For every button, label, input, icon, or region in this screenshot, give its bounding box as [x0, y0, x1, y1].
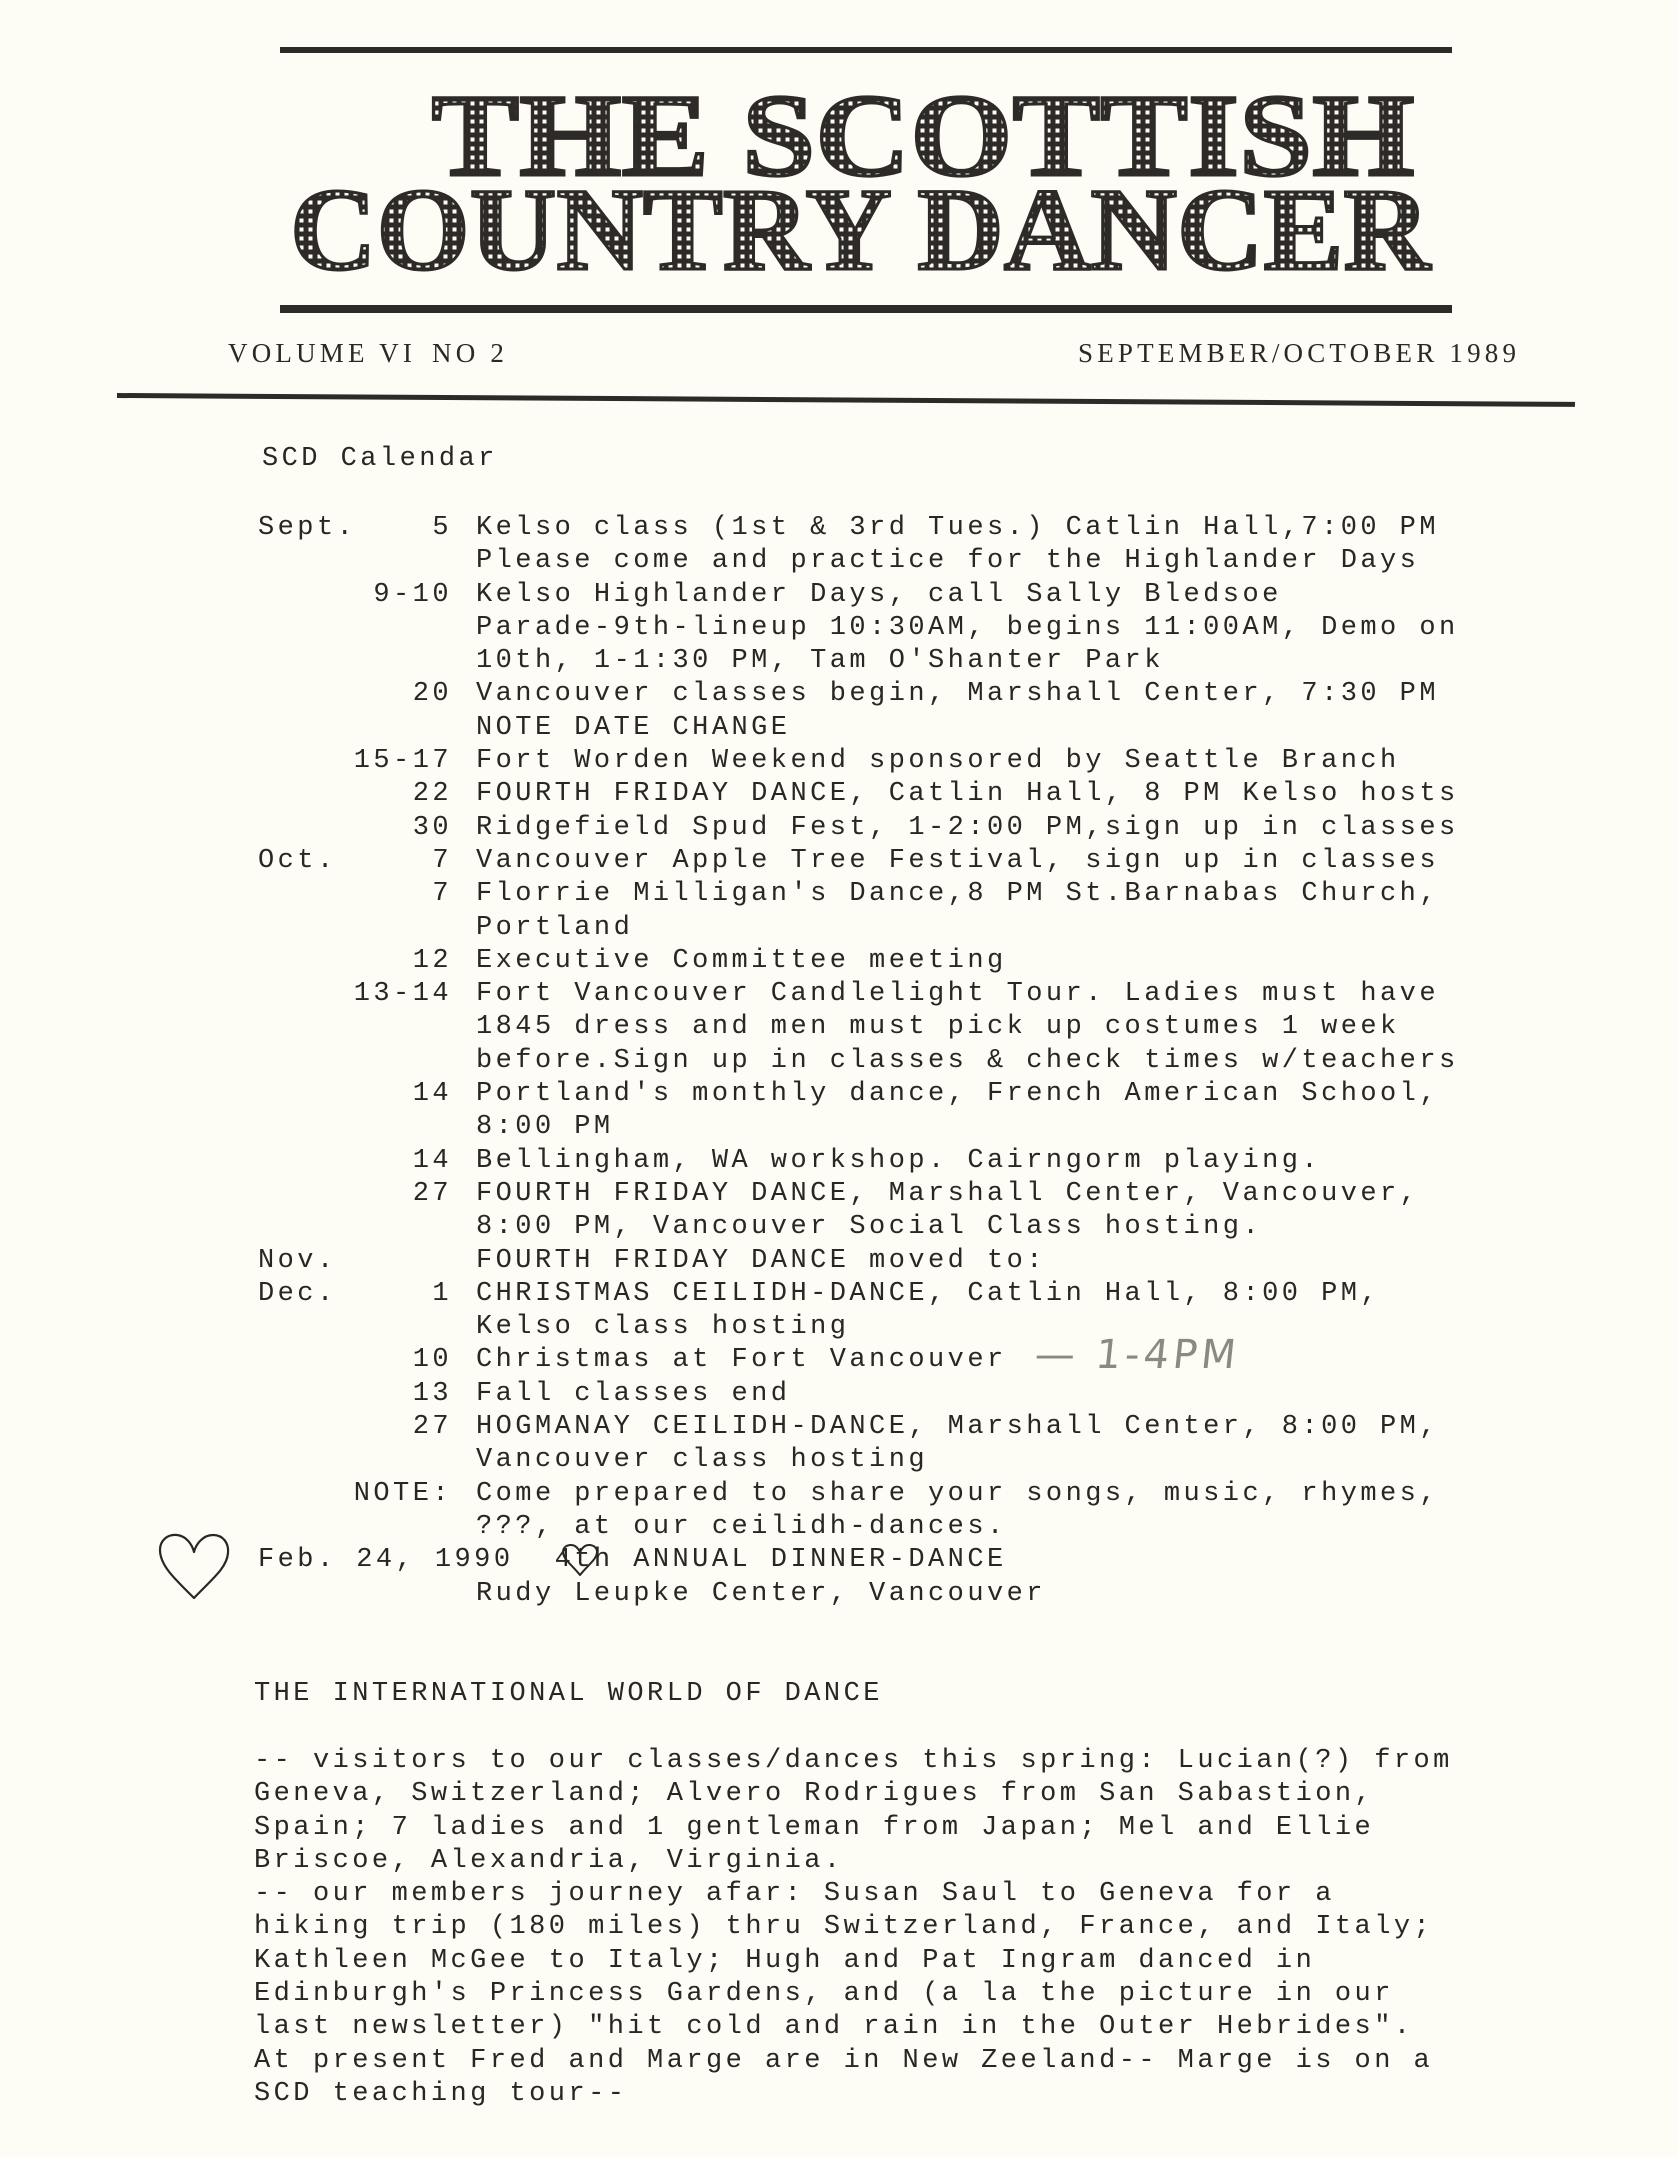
calendar-month: Dec. [258, 1278, 337, 1311]
calendar-row: 14Bellingham, WA workshop. Cairngorm pla… [0, 1145, 1678, 1178]
paragraph-line: -- our members journey afar: Susan Saul … [254, 1878, 1453, 1911]
section-divider-rule [117, 393, 1575, 407]
calendar-row: NOTE:Come prepared to share your songs, … [0, 1478, 1678, 1511]
calendar-event-text: Fort Vancouver Candlelight Tour. Ladies … [476, 978, 1439, 1011]
calendar-month: Nov. [258, 1245, 337, 1278]
calendar-row: 27FOURTH FRIDAY DANCE, Marshall Center, … [0, 1178, 1678, 1211]
calendar-row: 30Ridgefield Spud Fest, 1-2:00 PM,sign u… [0, 812, 1678, 845]
calendar-row: 12Executive Committee meeting [0, 945, 1678, 978]
volume-label: VOLUME VI [228, 338, 416, 369]
calendar-day: 1 [432, 1278, 452, 1311]
calendar-row: Vancouver class hosting [0, 1444, 1678, 1477]
paragraph-line: Briscoe, Alexandria, Virginia. [254, 1845, 1453, 1878]
handwritten-time-note: — 1-4PM [1033, 1332, 1243, 1378]
calendar-event-text: Executive Committee meeting [476, 945, 1007, 978]
calendar-event-text: Vancouver Apple Tree Festival, sign up i… [476, 845, 1439, 878]
calendar-day: 22 [413, 778, 452, 811]
calendar-event-text: 10th, 1-1:30 PM, Tam O'Shanter Park [476, 645, 1164, 678]
calendar-day: 10 [413, 1344, 452, 1377]
calendar-row: 10Christmas at Fort Vancouver [0, 1344, 1678, 1377]
calendar-event-text: 8:00 PM, Vancouver Social Class hosting. [476, 1211, 1262, 1244]
calendar-event-text: FOURTH FRIDAY DANCE, Catlin Hall, 8 PM K… [476, 778, 1459, 811]
masthead-title: THE SCOTTISH COUNTRY DANCER [0, 0, 1678, 300]
calendar-row: Kelso class hosting [0, 1311, 1678, 1344]
heart-icon-small [560, 1543, 600, 1577]
calendar-event-text: Vancouver class hosting [476, 1444, 928, 1477]
calendar-event-text: Portland [476, 912, 633, 945]
calendar-day: 13 [413, 1378, 452, 1411]
calendar-list: Sept.5Kelso class (1st & 3rd Tues.) Catl… [0, 512, 1678, 1611]
calendar-event-text: FOURTH FRIDAY DANCE moved to: [476, 1245, 1046, 1278]
calendar-day: 12 [413, 945, 452, 978]
calendar-row: 8:00 PM, Vancouver Social Class hosting. [0, 1211, 1678, 1244]
calendar-event-text: Kelso Highlander Days, call Sally Bledso… [476, 579, 1282, 612]
calendar-day: 20 [413, 678, 452, 711]
calendar-heading: SCD Calendar [262, 443, 498, 476]
heart-icon-large [156, 1532, 232, 1602]
calendar-event-text: Kelso class (1st & 3rd Tues.) Catlin Hal… [476, 512, 1439, 545]
calendar-event-text: Portland's monthly dance, French America… [476, 1078, 1439, 1111]
calendar-day: 30 [413, 812, 452, 845]
paragraph-line: Spain; 7 ladies and 1 gentleman from Jap… [254, 1812, 1453, 1845]
calendar-month: Oct. [258, 845, 337, 878]
masthead-bottom-rule [280, 305, 1452, 313]
calendar-row: 13-14Fort Vancouver Candlelight Tour. La… [0, 978, 1678, 1011]
paragraph-line: Kathleen McGee to Italy; Hugh and Pat In… [254, 1945, 1453, 1978]
calendar-event-text: ???, at our ceilidh-dances. [476, 1511, 1007, 1544]
calendar-row: ???, at our ceilidh-dances. [0, 1511, 1678, 1544]
calendar-event-text: CHRISTMAS CEILIDH-DANCE, Catlin Hall, 8:… [476, 1278, 1380, 1311]
paragraph-line: -- visitors to our classes/dances this s… [254, 1745, 1453, 1778]
calendar-row: 15-17Fort Worden Weekend sponsored by Se… [0, 745, 1678, 778]
masthead-title-line2: COUNTRY DANCER [290, 164, 1432, 295]
calendar-row: NOTE DATE CHANGE [0, 712, 1678, 745]
calendar-day: 14 [413, 1145, 452, 1178]
calendar-event-text: Fort Worden Weekend sponsored by Seattle… [476, 745, 1400, 778]
calendar-event-text: Christmas at Fort Vancouver [476, 1344, 1007, 1377]
calendar-day: 7 [432, 878, 452, 911]
calendar-day: 7 [432, 845, 452, 878]
calendar-event-text: Vancouver classes begin, Marshall Center… [476, 678, 1439, 711]
calendar-event-text: Kelso class hosting [476, 1311, 849, 1344]
calendar-event-text: Parade-9th-lineup 10:30AM, begins 11:00A… [476, 612, 1459, 645]
calendar-row: Rudy Leupke Center, Vancouver [0, 1578, 1678, 1611]
calendar-event-text: Ridgefield Spud Fest, 1-2:00 PM,sign up … [476, 812, 1459, 845]
calendar-row: Portland [0, 912, 1678, 945]
paragraph-line: Geneva, Switzerland; Alvero Rodrigues fr… [254, 1778, 1453, 1811]
issue-number: NO 2 [432, 338, 508, 369]
calendar-event-text: Florrie Milligan's Dance,8 PM St.Barnaba… [476, 878, 1439, 911]
calendar-row: Oct.7Vancouver Apple Tree Festival, sign… [0, 845, 1678, 878]
international-body: -- visitors to our classes/dances this s… [254, 1745, 1453, 2111]
calendar-row: 20Vancouver classes begin, Marshall Cent… [0, 678, 1678, 711]
calendar-row: 13Fall classes end [0, 1378, 1678, 1411]
calendar-row: 22FOURTH FRIDAY DANCE, Catlin Hall, 8 PM… [0, 778, 1678, 811]
calendar-event-text: Come prepared to share your songs, music… [476, 1478, 1439, 1511]
paragraph-line: SCD teaching tour-- [254, 2078, 1453, 2111]
calendar-month: Sept. [258, 512, 356, 545]
paragraph-line: Edinburgh's Princess Gardens, and (a la … [254, 1978, 1453, 2011]
calendar-row: 14Portland's monthly dance, French Ameri… [0, 1078, 1678, 1111]
calendar-day: 15-17 [354, 745, 452, 778]
calendar-row: 8:00 PM [0, 1111, 1678, 1144]
calendar-row: Feb. 24, 1990 4th ANNUAL DINNER-DANCE [0, 1544, 1678, 1577]
calendar-event-text: Rudy Leupke Center, Vancouver [476, 1578, 1046, 1611]
international-heading: THE INTERNATIONAL WORLD OF DANCE [254, 1678, 883, 1711]
paragraph-line: hiking trip (180 miles) thru Switzerland… [254, 1911, 1453, 1944]
calendar-event-text: Please come and practice for the Highlan… [476, 545, 1419, 578]
calendar-event-text: before.Sign up in classes & check times … [476, 1045, 1459, 1078]
calendar-event-text: HOGMANAY CEILIDH-DANCE, Marshall Center,… [476, 1411, 1439, 1444]
calendar-day: 13-14 [354, 978, 452, 1011]
calendar-day: 27 [413, 1178, 452, 1211]
calendar-row: 1845 dress and men must pick up costumes… [0, 1011, 1678, 1044]
calendar-day: NOTE: [354, 1478, 452, 1511]
calendar-event-text: 8:00 PM [476, 1111, 614, 1144]
calendar-event-text: Fall classes end [476, 1378, 790, 1411]
calendar-row: 27HOGMANAY CEILIDH-DANCE, Marshall Cente… [0, 1411, 1678, 1444]
calendar-event-text: 1845 dress and men must pick up costumes… [476, 1011, 1400, 1044]
calendar-row: Please come and practice for the Highlan… [0, 545, 1678, 578]
calendar-event-text: 4th ANNUAL DINNER-DANCE [476, 1544, 1007, 1577]
calendar-event-text: FOURTH FRIDAY DANCE, Marshall Center, Va… [476, 1178, 1419, 1211]
paragraph-line: last newsletter) "hit cold and rain in t… [254, 2011, 1453, 2044]
calendar-row: Parade-9th-lineup 10:30AM, begins 11:00A… [0, 612, 1678, 645]
calendar-row: 9-10Kelso Highlander Days, call Sally Bl… [0, 579, 1678, 612]
calendar-row: 7Florrie Milligan's Dance,8 PM St.Barnab… [0, 878, 1678, 911]
calendar-row: Dec.1CHRISTMAS CEILIDH-DANCE, Catlin Hal… [0, 1278, 1678, 1311]
calendar-day: 5 [432, 512, 452, 545]
calendar-event-text: NOTE DATE CHANGE [476, 712, 790, 745]
calendar-row: 10th, 1-1:30 PM, Tam O'Shanter Park [0, 645, 1678, 678]
calendar-row: Nov.FOURTH FRIDAY DANCE moved to: [0, 1245, 1678, 1278]
calendar-day: 9-10 [373, 579, 452, 612]
calendar-day: 27 [413, 1411, 452, 1444]
calendar-event-text: Bellingham, WA workshop. Cairngorm playi… [476, 1145, 1321, 1178]
paragraph-line: At present Fred and Marge are in New Zee… [254, 2045, 1453, 2078]
issue-date: SEPTEMBER/OCTOBER 1989 [1078, 338, 1520, 369]
calendar-row: before.Sign up in classes & check times … [0, 1045, 1678, 1078]
calendar-day: 14 [413, 1078, 452, 1111]
calendar-row: Sept.5Kelso class (1st & 3rd Tues.) Catl… [0, 512, 1678, 545]
